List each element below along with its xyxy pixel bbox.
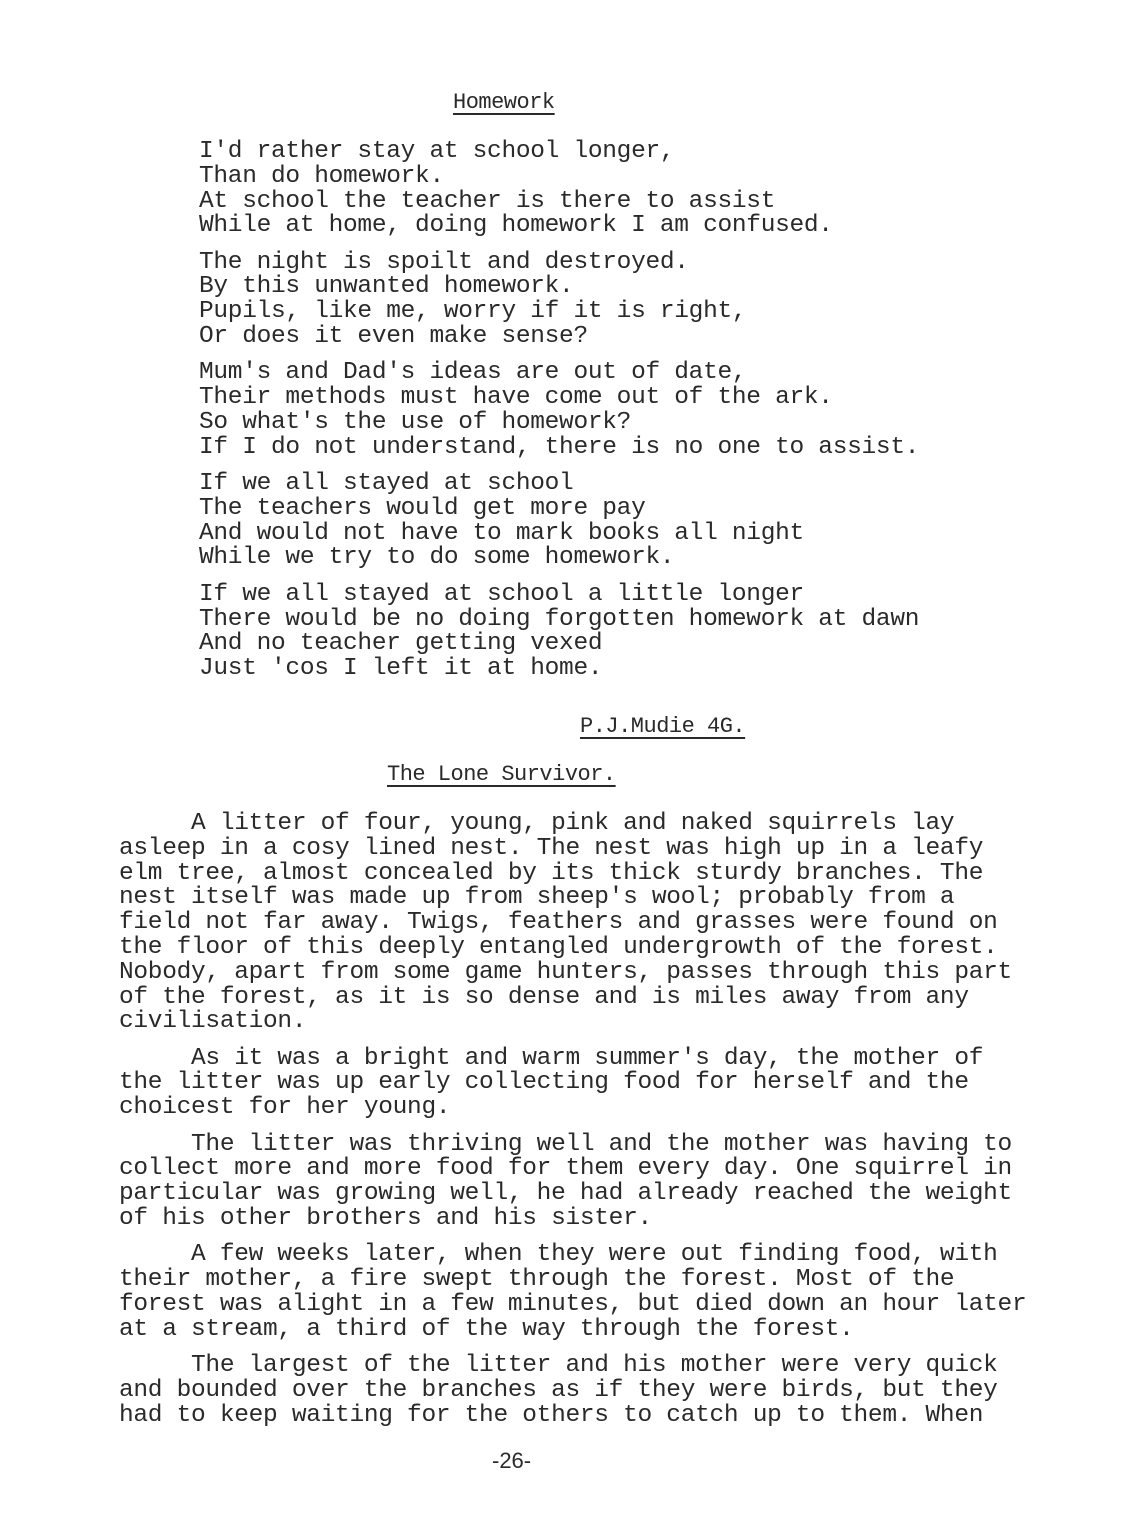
poem-line: The night is spoilt and destroyed. xyxy=(199,251,919,276)
story-paragraph: A few weeks later, when they were out fi… xyxy=(119,1243,1079,1342)
poem-title: Homework xyxy=(453,90,555,116)
story-line: civilisation. xyxy=(119,1010,1079,1035)
document-page: Homework I'd rather stay at school longe… xyxy=(0,0,1125,1522)
poem-stanza: If we all stayed at school a little long… xyxy=(199,583,919,682)
story-line: forest was alight in a few minutes, but … xyxy=(119,1293,1079,1318)
poem-line: And no teacher getting vexed xyxy=(199,632,919,657)
story-title: The Lone Survivor. xyxy=(387,762,616,788)
story-line: Nobody, apart from some game hunters, pa… xyxy=(119,961,1079,986)
story-line: nest itself was made up from sheep's woo… xyxy=(119,886,1079,911)
story-line: at a stream, a third of the way through … xyxy=(119,1318,1079,1343)
poem-line: And would not have to mark books all nig… xyxy=(199,522,919,547)
poem-line: At school the teacher is there to assist xyxy=(199,190,919,215)
story-line: the litter was up early collecting food … xyxy=(119,1071,1079,1096)
poem-line: Their methods must have come out of the … xyxy=(199,386,919,411)
poem-line: If I do not understand, there is no one … xyxy=(199,436,919,461)
poem-stanza: If we all stayed at schoolThe teachers w… xyxy=(199,472,919,571)
poem-line: By this unwanted homework. xyxy=(199,275,919,300)
poem-stanza: The night is spoilt and destroyed.By thi… xyxy=(199,251,919,350)
story-line: A few weeks later, when they were out fi… xyxy=(119,1243,1079,1268)
poem-stanza: I'd rather stay at school longer,Than do… xyxy=(199,140,919,239)
poem-line: The teachers would get more pay xyxy=(199,497,919,522)
poem-body: I'd rather stay at school longer,Than do… xyxy=(199,140,919,693)
poem-line: If we all stayed at school xyxy=(199,472,919,497)
story-line: of the forest, as it is so dense and is … xyxy=(119,986,1079,1011)
poem-line: I'd rather stay at school longer, xyxy=(199,140,919,165)
poem-author: P.J.Mudie 4G. xyxy=(580,714,745,740)
poem-line: Mum's and Dad's ideas are out of date, xyxy=(199,361,919,386)
poem-line: If we all stayed at school a little long… xyxy=(199,583,919,608)
story-line: field not far away. Twigs, feathers and … xyxy=(119,911,1079,936)
story-paragraph: The largest of the litter and his mother… xyxy=(119,1354,1079,1428)
story-line: of his other brothers and his sister. xyxy=(119,1207,1079,1232)
poem-line: Than do homework. xyxy=(199,165,919,190)
story-body: A litter of four, young, pink and naked … xyxy=(119,812,1079,1440)
poem-line: So what's the use of homework? xyxy=(199,411,919,436)
story-line: The litter was thriving well and the mot… xyxy=(119,1133,1079,1158)
story-line: the floor of this deeply entangled under… xyxy=(119,936,1079,961)
story-line: asleep in a cosy lined nest. The nest wa… xyxy=(119,837,1079,862)
story-line: elm tree, almost concealed by its thick … xyxy=(119,862,1079,887)
story-line: The largest of the litter and his mother… xyxy=(119,1354,1079,1379)
story-line: particular was growing well, he had alre… xyxy=(119,1182,1079,1207)
story-line: had to keep waiting for the others to ca… xyxy=(119,1404,1079,1429)
story-line: collect more and more food for them ever… xyxy=(119,1157,1079,1182)
poem-line: While we try to do some homework. xyxy=(199,546,919,571)
poem-line: Just 'cos I left it at home. xyxy=(199,657,919,682)
story-paragraph: A litter of four, young, pink and naked … xyxy=(119,812,1079,1035)
story-paragraph: As it was a bright and warm summer's day… xyxy=(119,1047,1079,1121)
story-paragraph: The litter was thriving well and the mot… xyxy=(119,1133,1079,1232)
poem-line: Pupils, like me, worry if it is right, xyxy=(199,300,919,325)
story-line: their mother, a fire swept through the f… xyxy=(119,1268,1079,1293)
poem-line: Or does it even make sense? xyxy=(199,325,919,350)
poem-stanza: Mum's and Dad's ideas are out of date,Th… xyxy=(199,361,919,460)
poem-line: There would be no doing forgotten homewo… xyxy=(199,608,919,633)
story-line: choicest for her young. xyxy=(119,1096,1079,1121)
story-line: A litter of four, young, pink and naked … xyxy=(119,812,1079,837)
story-line: and bounded over the branches as if they… xyxy=(119,1379,1079,1404)
story-line: As it was a bright and warm summer's day… xyxy=(119,1047,1079,1072)
poem-line: While at home, doing homework I am confu… xyxy=(199,214,919,239)
page-number: -26- xyxy=(492,1448,531,1474)
